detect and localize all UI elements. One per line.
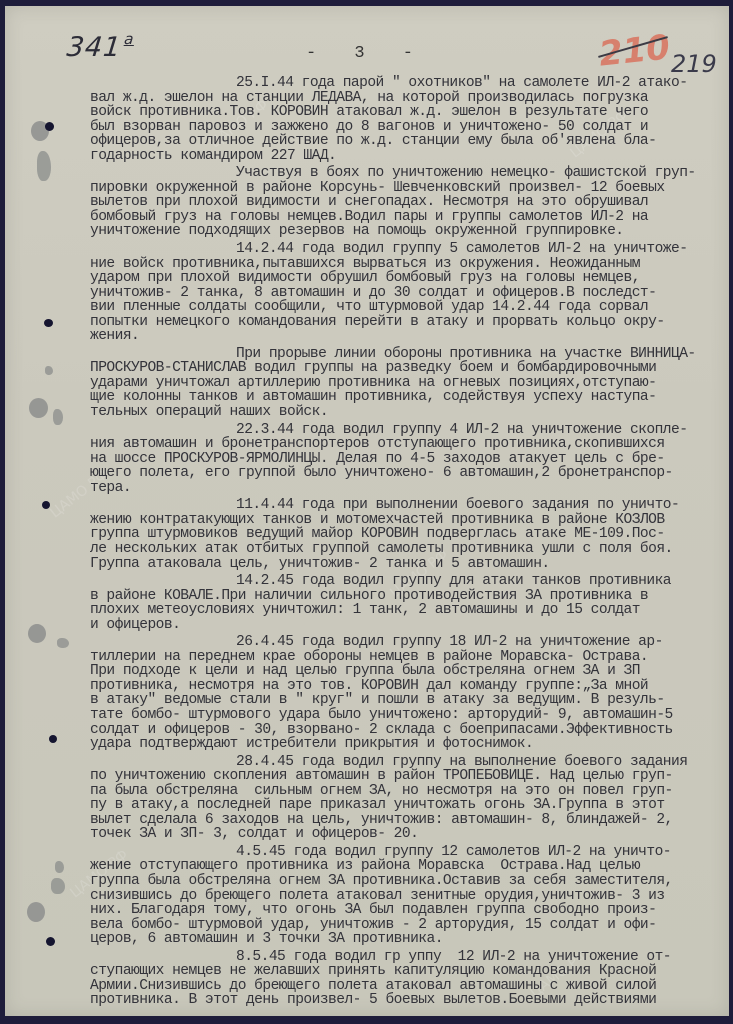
text-line: вылет сделала 6 заходов на цель, уничтож… [90,813,720,828]
ink-blot [37,151,51,181]
text-line: ле нескольких атак отбитых группой самол… [90,542,720,557]
punch-hole [49,735,57,743]
text-line: снизившись до бреющего полета атаковал з… [90,889,720,904]
ink-blot [45,366,53,375]
text-line: жение отступающего противника из района … [90,859,720,874]
paragraph: 28.4.45 года водил группу на выполнение … [90,755,720,842]
ink-blot [57,638,69,648]
ink-blot [55,861,64,873]
text-line: тате бомбо- штурмового удара было уничто… [90,708,720,723]
punch-hole [45,122,54,131]
text-line: в районе КОВАЛЕ.При наличии сильного про… [90,589,720,604]
text-line: вылетов при плохой видимости и снегопада… [90,195,720,210]
text-line: вии пленные солдаты сообщили, что штурмо… [90,300,720,315]
text-line: При подходе к цели и над целью группа бы… [90,664,720,679]
punch-hole [29,398,48,418]
typewritten-body: 25.I.44 года парой " охотников" на самол… [90,76,720,1008]
text-line: по уничтожению скопления автомашин в рай… [90,769,720,784]
text-line: 22.3.44 года водил группу 4 ИЛ-2 на унич… [90,423,720,438]
punch-hole [42,501,50,509]
text-line: попытки немецкого командования перейти в… [90,315,720,330]
punch-hole [46,937,55,946]
text-line: группа штурмовиков ведущий майор КОРОВИН… [90,527,720,542]
text-line: 25.I.44 года парой " охотников" на самол… [90,76,720,91]
text-line: жения. [90,329,720,344]
ink-blot [53,409,63,425]
text-line: противника, несмотря на это тов. КОРОВИН… [90,679,720,694]
text-line: вал ж.д. эшелон на станции ЛЕДАВА, на ко… [90,91,720,106]
paragraph: 26.4.45 года водил группу 18 ИЛ-2 на уни… [90,635,720,751]
punch-hole [44,319,53,327]
text-line: в атаку" ведомые стали в " круг" и пошли… [90,693,720,708]
paragraph: 22.3.44 года водил группу 4 ИЛ-2 на унич… [90,423,720,496]
text-line: ударом при плохой видимости обрушил бомб… [90,271,720,286]
text-line: офицеров,за отличное действие по ж.д. ст… [90,134,720,149]
text-line: ПРОСКУРОВ-СТАНИСЛАВ водил группы на разв… [90,361,720,376]
text-line: Участвуя в боях по уничтожению немецко- … [90,166,720,181]
text-line: тера. [90,481,720,496]
text-line: вела бомбо- штурмовой удар, уничтожив - … [90,918,720,933]
text-line: точек ЗА и ЗП- 3, солдат и офицеров- 20. [90,827,720,842]
text-line: плохих метеоусловиях уничтожил: 1 танк, … [90,603,720,618]
text-line: был взорван паровоз и зажжено до 8 вагон… [90,120,720,135]
text-line: ние войск противника,пытавшихся вырватьс… [90,257,720,272]
paragraph: При прорыве линии обороны противника на … [90,347,720,420]
text-line: годарность командиром 227 ШАД. [90,149,720,164]
paragraph: 14.2.45 года водил группу для атаки танк… [90,574,720,632]
text-line: 26.4.45 года водил группу 18 ИЛ-2 на уни… [90,635,720,650]
text-line: удара подтверждают истребители прикрытия… [90,737,720,752]
punch-hole [27,902,45,922]
text-line: 28.4.45 года водил группу на выполнение … [90,755,720,770]
text-line: тельных операций наших войск. [90,405,720,420]
text-line: 11.4.44 года при выполнении боевого зада… [90,498,720,513]
text-line: солдат и офицеров - 30, взорвано- 2 скла… [90,723,720,738]
text-line: ющего полета, его группой было уничтожен… [90,466,720,481]
text-line: и офицеров. [90,618,720,633]
text-line: пу в атаку,а последней паре приказал уни… [90,798,720,813]
paragraph: 11.4.44 года при выполнении боевого зада… [90,498,720,571]
text-line: них. Благодаря тому, что огонь ЗА был по… [90,903,720,918]
text-line: 14.2.44 года водил группу 5 самолетов ИЛ… [90,242,720,257]
text-line: уничтожение подходящих резервов на помощ… [90,224,720,239]
text-line: группа была обстреляна огнем ЗА противни… [90,874,720,889]
text-line: Группа атаковала цель, уничтожив- 2 танк… [90,557,720,572]
text-line: щие колонны танков и автомашин противник… [90,390,720,405]
paragraph: 4.5.45 года водил группу 12 самолетов ИЛ… [90,845,720,947]
text-line: войск противника.Тов. КОРОВИН атаковал ж… [90,105,720,120]
text-line: ния автомашин и бронетранспортеров отсту… [90,437,720,452]
text-line: 14.2.45 года водил группу для атаки танк… [90,574,720,589]
text-line: противника. В этот день произвел- 5 боев… [90,993,720,1008]
text-line: церов, 6 автомашин и 3 точки ЗА противни… [90,932,720,947]
paragraph: 14.2.44 года водил группу 5 самолетов ИЛ… [90,242,720,344]
punch-hole [28,624,46,643]
paragraph: 25.I.44 года парой " охотников" на самол… [90,76,720,163]
text-line: ступающих немцев не желавших принять кап… [90,964,720,979]
page-number: - 3 - [0,44,733,63]
paragraph: Участвуя в боях по уничтожению немецко- … [90,166,720,239]
paragraph: 8.5.45 года водил гр уппу 12 ИЛ-2 на уни… [90,950,720,1008]
ink-blot [51,878,65,894]
